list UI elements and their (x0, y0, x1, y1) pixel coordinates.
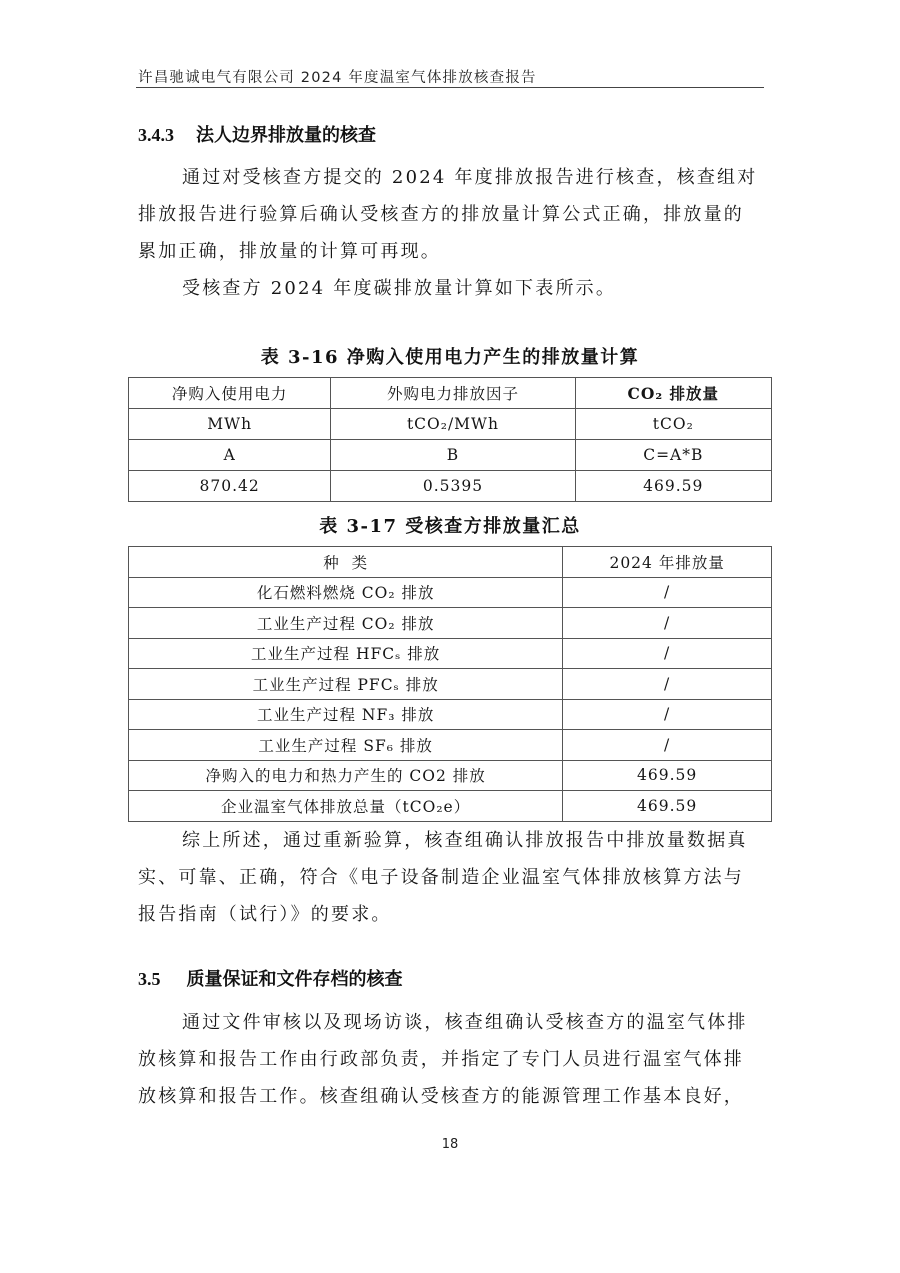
table-row: 工业生产过程 HFCₛ 排放 / (129, 638, 772, 669)
section-number: 3.4.3 (138, 125, 174, 146)
table-cell-value: 469.59 (563, 791, 772, 822)
table-cell: tCO₂/MWh (331, 409, 575, 440)
table-header-row: 种 类 2024 年排放量 (129, 547, 772, 578)
table-cell-value: / (563, 608, 772, 639)
table-3-16: 净购入使用电力 外购电力排放因子 CO₂ 排放量 MWh tCO₂/MWh tC… (128, 377, 772, 502)
table-cell: MWh (129, 409, 331, 440)
table-cell-value: / (563, 699, 772, 730)
table-cell-category: 化石燃料燃烧 CO₂ 排放 (129, 577, 563, 608)
table-row-units: MWh tCO₂/MWh tCO₂ (129, 409, 772, 440)
page-number: 18 (0, 1137, 900, 1152)
section-heading-3-5: 3.5质量保证和文件存档的核查 (138, 965, 403, 991)
table-cell-category: 工业生产过程 NF₃ 排放 (129, 699, 563, 730)
table-cell-category: 工业生产过程 CO₂ 排放 (129, 608, 563, 639)
table-row: 化石燃料燃烧 CO₂ 排放 / (129, 577, 772, 608)
paragraph-line: 综上所述，通过重新验算，核查组确认排放报告中排放量数据真 (138, 822, 764, 859)
paragraph-line: 受核查方 2024 年度碳排放量计算如下表所示。 (138, 270, 764, 307)
table-cell-category: 工业生产过程 PFCₛ 排放 (129, 669, 563, 700)
table-header-cell: CO₂ 排放量 (575, 378, 771, 409)
table-header-row: 净购入使用电力 外购电力排放因子 CO₂ 排放量 (129, 378, 772, 409)
document-page: 许昌驰诚电气有限公司 2024 年度温室气体排放核查报告 3.4.3法人边界排放… (0, 0, 900, 1273)
table-header-cell: 2024 年排放量 (563, 547, 772, 578)
table-cell: 870.42 (129, 471, 331, 502)
paragraph-conclusion: 综上所述，通过重新验算，核查组确认排放报告中排放量数据真 实、可靠、正确，符合《… (138, 822, 764, 933)
running-header: 许昌驰诚电气有限公司 2024 年度温室气体排放核查报告 (138, 66, 764, 87)
table-3-17: 种 类 2024 年排放量 化石燃料燃烧 CO₂ 排放 / 工业生产过程 CO₂… (128, 546, 772, 822)
table-row: 净购入的电力和热力产生的 CO2 排放 469.59 (129, 760, 772, 791)
table-cell: B (331, 440, 575, 471)
paragraph-line: 放核算和报告工作。核查组确认受核查方的能源管理工作基本良好， (138, 1078, 764, 1115)
table-cell-value: / (563, 730, 772, 761)
paragraph-line: 报告指南（试行）》的要求。 (138, 896, 764, 933)
table-row-values: 870.42 0.5395 469.59 (129, 471, 772, 502)
table-header-cell: 外购电力排放因子 (331, 378, 575, 409)
table-3-16-caption: 表 3-16 净购入使用电力产生的排放量计算 (128, 343, 772, 369)
table-cell-value: / (563, 638, 772, 669)
paragraph-line: 放核算和报告工作由行政部负责，并指定了专门人员进行温室气体排 (138, 1041, 764, 1078)
paragraph-line: 通过对受核查方提交的 2024 年度排放报告进行核查，核查组对 (138, 159, 764, 196)
table-header-cell: 种 类 (129, 547, 563, 578)
table-cell-category: 净购入的电力和热力产生的 CO2 排放 (129, 760, 563, 791)
table-header-cell: 净购入使用电力 (129, 378, 331, 409)
table-cell-value: 469.59 (563, 760, 772, 791)
paragraph-quality-assurance: 通过文件审核以及现场访谈，核查组确认受核查方的温室气体排 放核算和报告工作由行政… (138, 1004, 764, 1115)
header-divider (136, 87, 764, 88)
table-row: 工业生产过程 PFCₛ 排放 / (129, 669, 772, 700)
section-title: 质量保证和文件存档的核查 (187, 969, 403, 990)
table-row: 工业生产过程 CO₂ 排放 / (129, 608, 772, 639)
table-cell-category: 工业生产过程 SF₆ 排放 (129, 730, 563, 761)
paragraph-line: 实、可靠、正确，符合《电子设备制造企业温室气体排放核算方法与 (138, 859, 764, 896)
table-cell-category: 企业温室气体排放总量（tCO₂e） (129, 791, 563, 822)
table-row-symbols: A B C=A*B (129, 440, 772, 471)
table-cell-category: 工业生产过程 HFCₛ 排放 (129, 638, 563, 669)
table-cell: 469.59 (575, 471, 771, 502)
table-row: 工业生产过程 NF₃ 排放 / (129, 699, 772, 730)
table-row: 工业生产过程 SF₆ 排放 / (129, 730, 772, 761)
table-3-17-caption: 表 3-17 受核查方排放量汇总 (128, 512, 772, 538)
paragraph-line: 累加正确，排放量的计算可再现。 (138, 233, 764, 270)
section-heading-3-4-3: 3.4.3法人边界排放量的核查 (138, 121, 376, 147)
section-number: 3.5 (138, 969, 161, 990)
table-cell: tCO₂ (575, 409, 771, 440)
table-cell-value: / (563, 577, 772, 608)
table-cell-value: / (563, 669, 772, 700)
table-cell: A (129, 440, 331, 471)
table-cell: C=A*B (575, 440, 771, 471)
paragraph-line: 排放报告进行验算后确认受核查方的排放量计算公式正确，排放量的 (138, 196, 764, 233)
section-title: 法人边界排放量的核查 (196, 125, 376, 146)
paragraph-line: 通过文件审核以及现场访谈，核查组确认受核查方的温室气体排 (138, 1004, 764, 1041)
table-row-total: 企业温室气体排放总量（tCO₂e） 469.59 (129, 791, 772, 822)
table-cell: 0.5395 (331, 471, 575, 502)
paragraph-verification: 通过对受核查方提交的 2024 年度排放报告进行核查，核查组对 排放报告进行验算… (138, 159, 764, 307)
